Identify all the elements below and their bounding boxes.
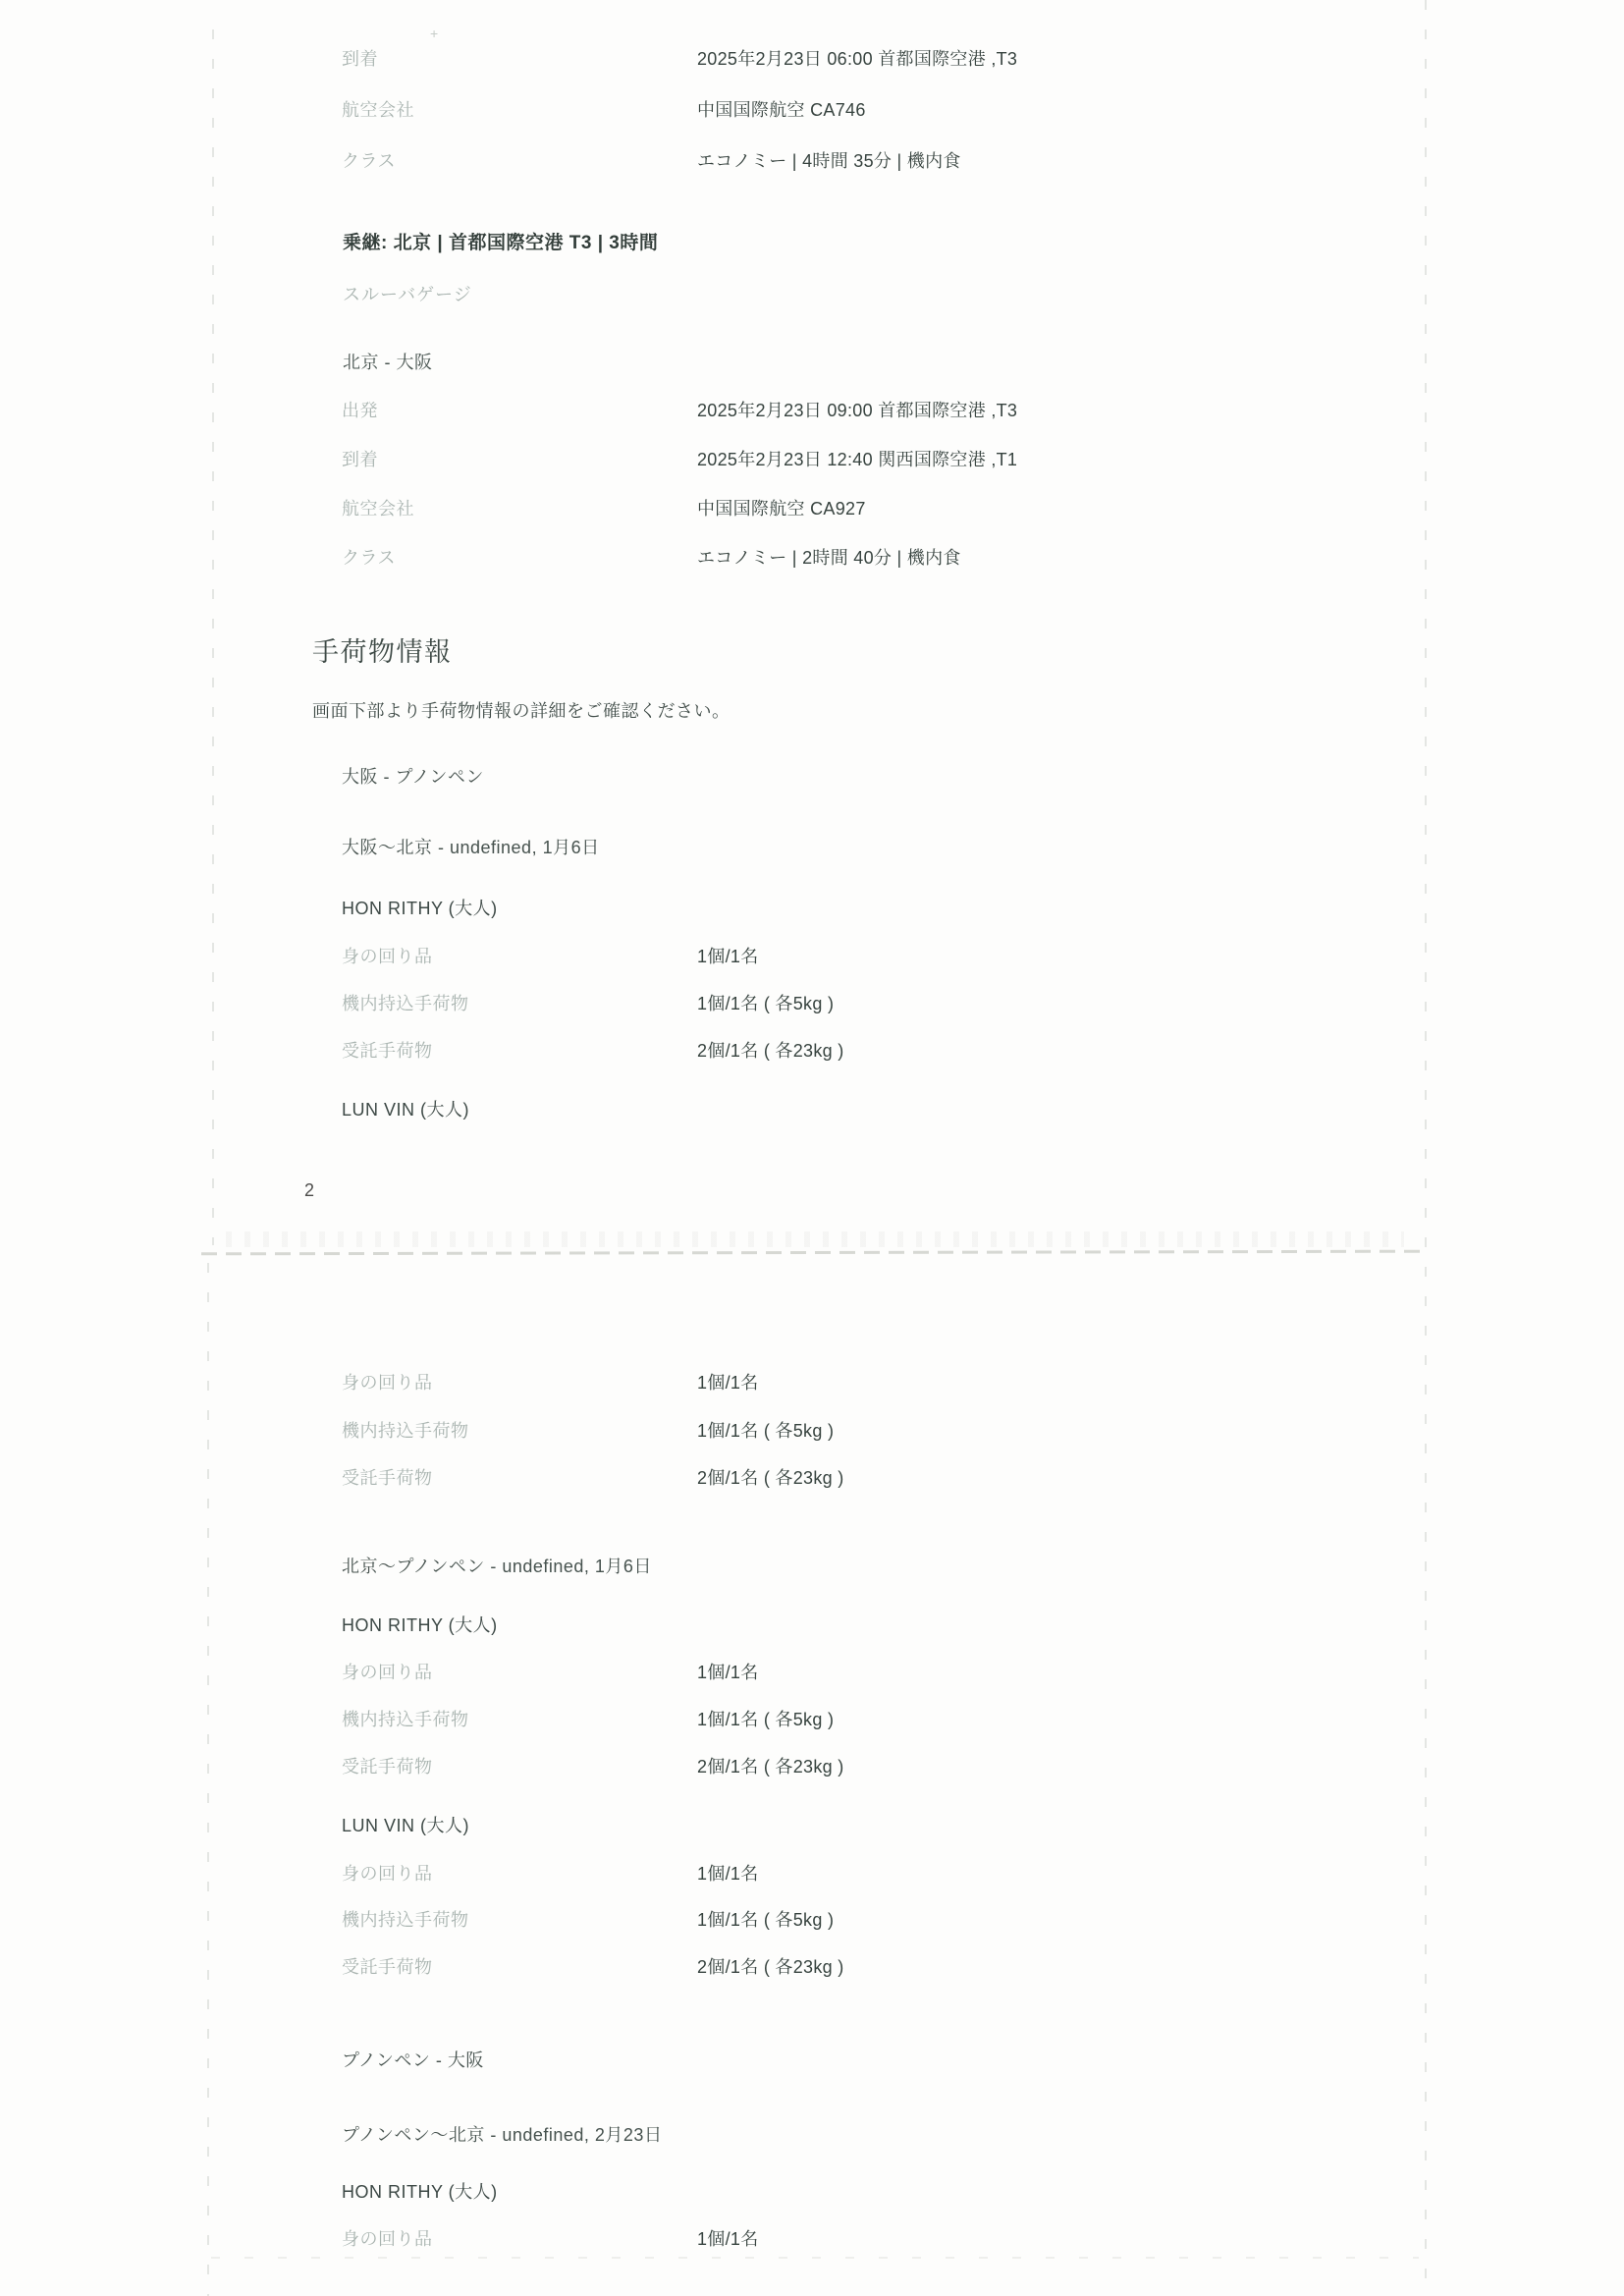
field-label: 機内持込手荷物 [342,1419,697,1443]
field-value: 中国国際航空 CA927 [697,497,866,520]
baggage-row-checked: 受託手荷物 2個/1名 ( 各23kg ) [342,1466,844,1490]
baggage-info-heading: 手荷物情報 [312,640,453,664]
scan-artifact: + [430,26,438,41]
baggage-row-personal-item: 身の回り品 1個/1名 [342,1862,759,1886]
through-baggage-label: スルーバゲージ [343,283,472,306]
field-value: 2025年2月23日 09:00 首都国際空港 ,T3 [697,399,1017,422]
baggage-row-personal-item: 身の回り品 1個/1名 [342,1371,759,1394]
field-label: 受託手荷物 [342,1955,697,1979]
page-break-fuzz [226,1231,1404,1247]
field-label: 出発 [342,399,697,422]
field-value: 1個/1名 [697,1371,759,1394]
field-value: 2個/1名 ( 各23kg ) [697,1955,844,1979]
baggage-row-carryon: 機内持込手荷物 1個/1名 ( 各5kg ) [342,992,834,1015]
field-label: 航空会社 [342,98,697,122]
leg-title-phnompenh-beijing: プノンペン～北京 - undefined, 2月23日 [342,2123,662,2147]
field-value: 1個/1名 [697,945,759,968]
passenger-name-lun-vin: LUN VIN (大人) [342,1814,469,1837]
page1-left-edge [212,29,214,1245]
page-number: 2 [304,1178,314,1202]
field-label: 受託手荷物 [342,1039,697,1063]
field-value: 1個/1名 ( 各5kg ) [697,1419,834,1443]
field-value: 2個/1名 ( 各23kg ) [697,1755,844,1778]
field-label: 機内持込手荷物 [342,992,697,1015]
field-label: クラス [342,546,697,570]
page-break-line [201,1250,1429,1256]
field-label: 身の回り品 [342,945,697,968]
leg-title-beijing-phnompenh: 北京～プノンペン - undefined, 1月6日 [342,1555,652,1578]
field-label: 機内持込手荷物 [342,1908,697,1932]
baggage-info-note: 画面下部より手荷物情報の詳細をご確認ください。 [312,699,731,723]
leg-title-osaka-beijing: 大阪～北京 - undefined, 1月6日 [342,836,600,859]
field-value: 2個/1名 ( 各23kg ) [697,1039,844,1063]
scan-noise-line [211,2257,1419,2259]
field-value: 1個/1名 ( 各5kg ) [697,1908,834,1932]
baggage-row-checked: 受託手荷物 2個/1名 ( 各23kg ) [342,1039,844,1063]
passenger-name-lun-vin: LUN VIN (大人) [342,1098,469,1121]
field-label: 身の回り品 [342,2227,697,2251]
baggage-row-carryon: 機内持込手荷物 1個/1名 ( 各5kg ) [342,1419,834,1443]
route-title-phnompenh-osaka: プノンペン - 大阪 [342,2049,484,2072]
passenger-name-hon-rithy: HON RITHY (大人) [342,1613,498,1637]
page2-left-edge [207,1263,209,2296]
field-label: クラス [342,149,697,173]
field-label: 受託手荷物 [342,1755,697,1778]
detail-row-class: クラス エコノミー | 2時間 40分 | 機内食 [342,546,961,570]
detail-row-arrival: 到着 2025年2月23日 12:40 関西国際空港 ,T1 [342,448,1017,471]
segment-title-beijing-osaka: 北京 - 大阪 [343,351,433,374]
field-label: 機内持込手荷物 [342,1708,697,1731]
baggage-row-personal-item: 身の回り品 1個/1名 [342,2227,759,2251]
field-value: エコノミー | 4時間 35分 | 機内食 [697,149,961,173]
field-value: 2025年2月23日 06:00 首都国際空港 ,T3 [697,47,1017,71]
field-value: 2025年2月23日 12:40 関西国際空港 ,T1 [697,448,1017,471]
transfer-note: 乗継: 北京 | 首都国際空港 T3 | 3時間 [343,232,658,255]
page-right-edge [1425,0,1427,2296]
passenger-name-hon-rithy: HON RITHY (大人) [342,2180,498,2204]
field-label: 身の回り品 [342,1862,697,1886]
baggage-row-carryon: 機内持込手荷物 1個/1名 ( 各5kg ) [342,1908,834,1932]
field-label: 到着 [342,47,697,71]
field-value: 1個/1名 [697,2227,759,2251]
baggage-row-carryon: 機内持込手荷物 1個/1名 ( 各5kg ) [342,1708,834,1731]
baggage-row-personal-item: 身の回り品 1個/1名 [342,1661,759,1684]
field-label: 受託手荷物 [342,1466,697,1490]
baggage-row-personal-item: 身の回り品 1個/1名 [342,945,759,968]
detail-row-airline: 航空会社 中国国際航空 CA927 [342,497,866,520]
detail-row-class: クラス エコノミー | 4時間 35分 | 機内食 [342,149,961,173]
baggage-row-checked: 受託手荷物 2個/1名 ( 各23kg ) [342,1755,844,1778]
detail-row-departure: 出発 2025年2月23日 09:00 首都国際空港 ,T3 [342,399,1017,422]
field-value: 1個/1名 ( 各5kg ) [697,992,834,1015]
field-label: 身の回り品 [342,1661,697,1684]
passenger-name-hon-rithy: HON RITHY (大人) [342,897,498,920]
field-value: 1個/1名 [697,1661,759,1684]
field-value: 中国国際航空 CA746 [697,98,866,122]
field-value: 2個/1名 ( 各23kg ) [697,1466,844,1490]
field-label: 航空会社 [342,497,697,520]
detail-row-airline: 航空会社 中国国際航空 CA746 [342,98,866,122]
field-value: 1個/1名 ( 各5kg ) [697,1708,834,1731]
baggage-row-checked: 受託手荷物 2個/1名 ( 各23kg ) [342,1955,844,1979]
field-value: 1個/1名 [697,1862,759,1886]
field-value: エコノミー | 2時間 40分 | 機内食 [697,546,961,570]
scanned-itinerary-document: + 到着 2025年2月23日 06:00 首都国際空港 ,T3 航空会社 中国… [0,0,1624,2296]
route-title-osaka-phnompenh: 大阪 - プノンペン [342,765,484,789]
field-label: 身の回り品 [342,1371,697,1394]
detail-row-arrival: 到着 2025年2月23日 06:00 首都国際空港 ,T3 [342,47,1017,71]
field-label: 到着 [342,448,697,471]
